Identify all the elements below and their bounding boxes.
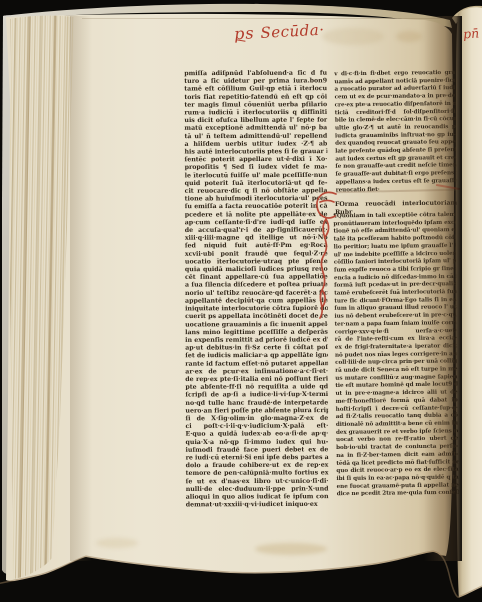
text-line: ſet de iudicis maliciar·a qp appellāte i… bbox=[185, 352, 328, 360]
running-header-word: Secūda· bbox=[260, 21, 325, 42]
text-line: uocatione grauaminis a ſic inuenit appel… bbox=[185, 321, 328, 329]
rubric-line: FOrma reuocādi interlocutoriam Rubr bbox=[335, 199, 457, 210]
left-text-column-lines: pmiſſa adiſpnūd l'abſoluend·a ſic d futu… bbox=[184, 70, 328, 510]
flourished-initial-icon bbox=[313, 189, 343, 321]
inner-margin-shadow bbox=[70, 16, 92, 561]
page-stain bbox=[255, 543, 327, 555]
text-line: cuerit ps appellata incōtinēti docet de … bbox=[185, 313, 328, 321]
right-block1-lines: v di·c·fi·in fi·dbet ergo reuocatio grau… bbox=[334, 69, 456, 194]
text-line: E·quo a quidā iudex·ab eo·a·ſi·de ap·q· bbox=[185, 430, 328, 438]
text-line: ſu emiſſa a facta reuocatiōe poterit in … bbox=[185, 203, 328, 211]
facing-page bbox=[456, 7, 482, 599]
text-line: a ſua ſilencia diſcedere et poſtea priua… bbox=[185, 281, 328, 289]
text-line: dice ne pcedit 2tra me·quia ſum confeſſ9 bbox=[337, 489, 459, 498]
facing-page-header-fragment: pn̄ bbox=[462, 25, 479, 41]
text-line: demnat·ut·xxxiii·q·vi·iudicet iniquo·ex bbox=[186, 501, 329, 509]
right-text-column-block2: ¶Quoniam in tali exceptiōe cōtra talempr… bbox=[333, 211, 459, 500]
right-block2-lines: ¶Quoniam in tali exceptiōe cōtra talempr… bbox=[333, 211, 459, 498]
text-line: propoſitis ¶ Sed ſi iudex videt ſe ma- bbox=[185, 164, 328, 172]
top-edge-crease bbox=[82, 18, 442, 19]
right-text-column-block1: v di·c·fi·in fi·dbet ergo reuocatio grau… bbox=[334, 69, 457, 197]
text-line: temore de pen·calūpniā·multo fortius ex bbox=[186, 470, 329, 478]
text-line: matū exceptionē admittendā ul' nō·p ba bbox=[184, 125, 327, 133]
left-text-column: pmiſſa adiſpnūd l'abſoluend·a ſic d futu… bbox=[184, 70, 329, 514]
ink-bleedthrough-smudge bbox=[322, 28, 384, 45]
page-stain bbox=[96, 538, 138, 548]
text-line: rante id factum eſſet·nō putaret appella… bbox=[185, 360, 328, 368]
book-photograph: psSecūda· pn̄ pmiſſa adiſpnūd l'abſoluen… bbox=[0, 0, 482, 602]
text-line: ſcripſi de ap·ſi a iudice·li·vi·ſup·X·te… bbox=[185, 391, 328, 399]
text-line: ſed niquid fuit autē·ff·Pm eg·Roca bbox=[185, 242, 328, 250]
text-line: tamē eſt cōſilium Guil·qp etiā ī īterloc… bbox=[184, 85, 327, 93]
ink-bleedthrough-smudge bbox=[396, 31, 422, 42]
text-line: no·qd tulle hanc fraudē·de interpetarde bbox=[185, 399, 328, 407]
